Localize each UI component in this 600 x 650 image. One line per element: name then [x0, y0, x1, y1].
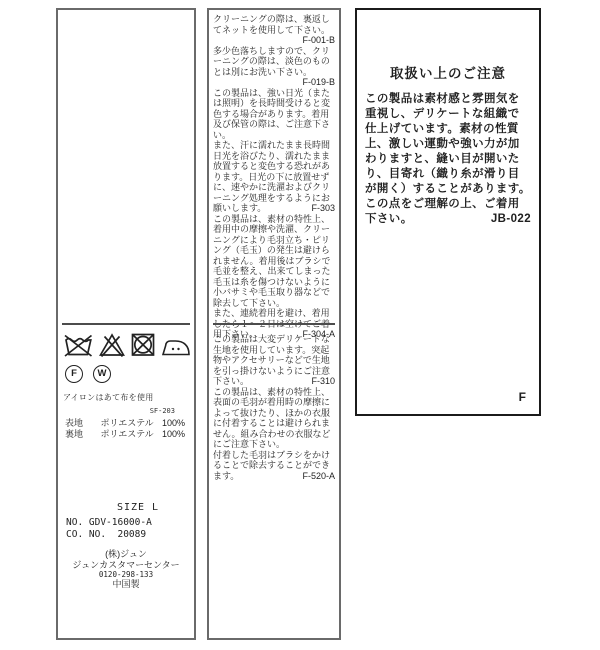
care-symbols-row	[63, 332, 189, 357]
care-paragraph: クリーニングの際は、裏返してネットを使用して下さい。F-001-B	[213, 14, 335, 46]
divider	[213, 323, 335, 325]
composition-row: 表地ポリエステル100%	[63, 418, 189, 429]
paragraph-text: クリーニングの際は、裏返してネットを使用して下さい。	[213, 14, 330, 35]
instructions-bottom: この製品は大変デリケートな生地を使用しています。突起物やアクセサリーなどで生地を…	[213, 334, 335, 481]
comp-part: 表地	[65, 418, 100, 429]
comp-mat: ポリエステル	[100, 418, 162, 429]
comp-mat: ポリエステル	[100, 429, 162, 440]
comp-part: 裏地	[65, 429, 100, 440]
size-block: SIZE L NO. GDV-16000-A CO. NO. 20089 (株)…	[58, 502, 194, 590]
iron-icon	[160, 335, 191, 357]
paragraph-text: 多少色落ちしますので、クリーニングの際は、淡色のものとは別にお洗い下さい。	[213, 46, 330, 77]
paragraph-text: この製品は、強い日光（または照明）を長時間受けると変色する場合があります。着用及…	[213, 88, 330, 214]
care-symbols-section: F W アイロンはあて布を使用 SF-203 表地ポリエステル100%裏地ポリエ…	[63, 330, 189, 439]
customer-center: ジュンカスタマーセンター	[58, 560, 194, 571]
care-paragraph: この製品は、素材の特性上、表面の毛羽が着用時の摩擦によって抜けたり、ほかの衣服に…	[213, 387, 335, 482]
reference-code: F-303	[311, 203, 335, 214]
instructions-top: クリーニングの際は、裏返してネットを使用して下さい。F-001-B多少色落ちしま…	[213, 14, 335, 340]
reference-code: F-001-B	[302, 35, 335, 46]
care-label-left: F W アイロンはあて布を使用 SF-203 表地ポリエステル100%裏地ポリエ…	[56, 8, 196, 640]
do-not-bleach-icon	[98, 332, 126, 357]
item-number: NO. GDV-16000-A	[58, 517, 194, 529]
handling-notice-label: 取扱い上のご注意 この製品は素材感と雰囲気を重視し、デリケートな組織で仕上げてい…	[355, 8, 541, 416]
sf-code: SF-203	[63, 407, 175, 415]
reference-code: F-310	[311, 376, 335, 387]
divider	[62, 323, 190, 325]
care-paragraph: この製品は素材感と雰囲気を重視し、デリケートな組織で仕上げています。素材の性質上…	[365, 92, 531, 227]
maker-block: (株)ジュン ジュンカスタマーセンター 0120-298-133 中国製	[58, 549, 194, 590]
care-instructions-label: クリーニングの際は、裏返してネットを使用して下さい。F-001-B多少色落ちしま…	[207, 8, 341, 640]
care-paragraph: この製品は大変デリケートな生地を使用しています。突起物やアクセサリーなどで生地を…	[213, 334, 335, 387]
reference-code: F-520-A	[302, 471, 335, 482]
lot-number: CO. NO. 20089	[58, 529, 194, 541]
dry-clean-f-icon: F	[65, 365, 83, 383]
iron-note: アイロンはあて布を使用	[63, 392, 189, 403]
composition-row: 裏地ポリエステル100%	[63, 429, 189, 440]
dry-clean-row: F W	[65, 365, 189, 383]
company-name: (株)ジュン	[58, 549, 194, 560]
comp-pct: 100%	[162, 429, 185, 440]
handling-body: この製品は素材感と雰囲気を重視し、デリケートな組織で仕上げています。素材の性質上…	[365, 92, 531, 227]
country-of-origin: 中国製	[58, 579, 194, 590]
footer-letter: F	[519, 390, 526, 404]
paragraph-text: この製品は、素材の特性上、表面の毛羽が着用時の摩擦によって抜けたり、ほかの衣服に…	[213, 387, 331, 481]
do-not-tumble-dry-icon	[130, 332, 156, 357]
care-paragraph: この製品は、強い日光（または照明）を長時間受けると変色する場合があります。着用及…	[213, 88, 335, 214]
size-line: SIZE L	[82, 502, 194, 513]
paragraph-text: この製品は素材感と雰囲気を重視し、デリケートな組織で仕上げています。素材の性質上…	[365, 93, 531, 225]
wet-clean-w-icon: W	[93, 365, 111, 383]
do-not-wash-icon	[63, 332, 94, 357]
composition-table: 表地ポリエステル100%裏地ポリエステル100%	[63, 418, 189, 439]
care-paragraph: この製品は、素材の特性上、着用中の摩擦や洗濯、クリーニングにより毛羽立ち・ピリン…	[213, 214, 335, 340]
paragraph-text: この製品は、素材の特性上、着用中の摩擦や洗濯、クリーニングにより毛羽立ち・ピリン…	[213, 214, 331, 340]
reference-code: JB-022	[491, 212, 531, 227]
care-paragraph: 多少色落ちしますので、クリーニングの際は、淡色のものとは別にお洗い下さい。F-0…	[213, 46, 335, 88]
reference-code: F-019-B	[302, 77, 335, 88]
phone-number: 0120-298-133	[58, 570, 194, 579]
comp-pct: 100%	[162, 418, 185, 429]
handling-notice-title: 取扱い上のご注意	[357, 62, 539, 82]
